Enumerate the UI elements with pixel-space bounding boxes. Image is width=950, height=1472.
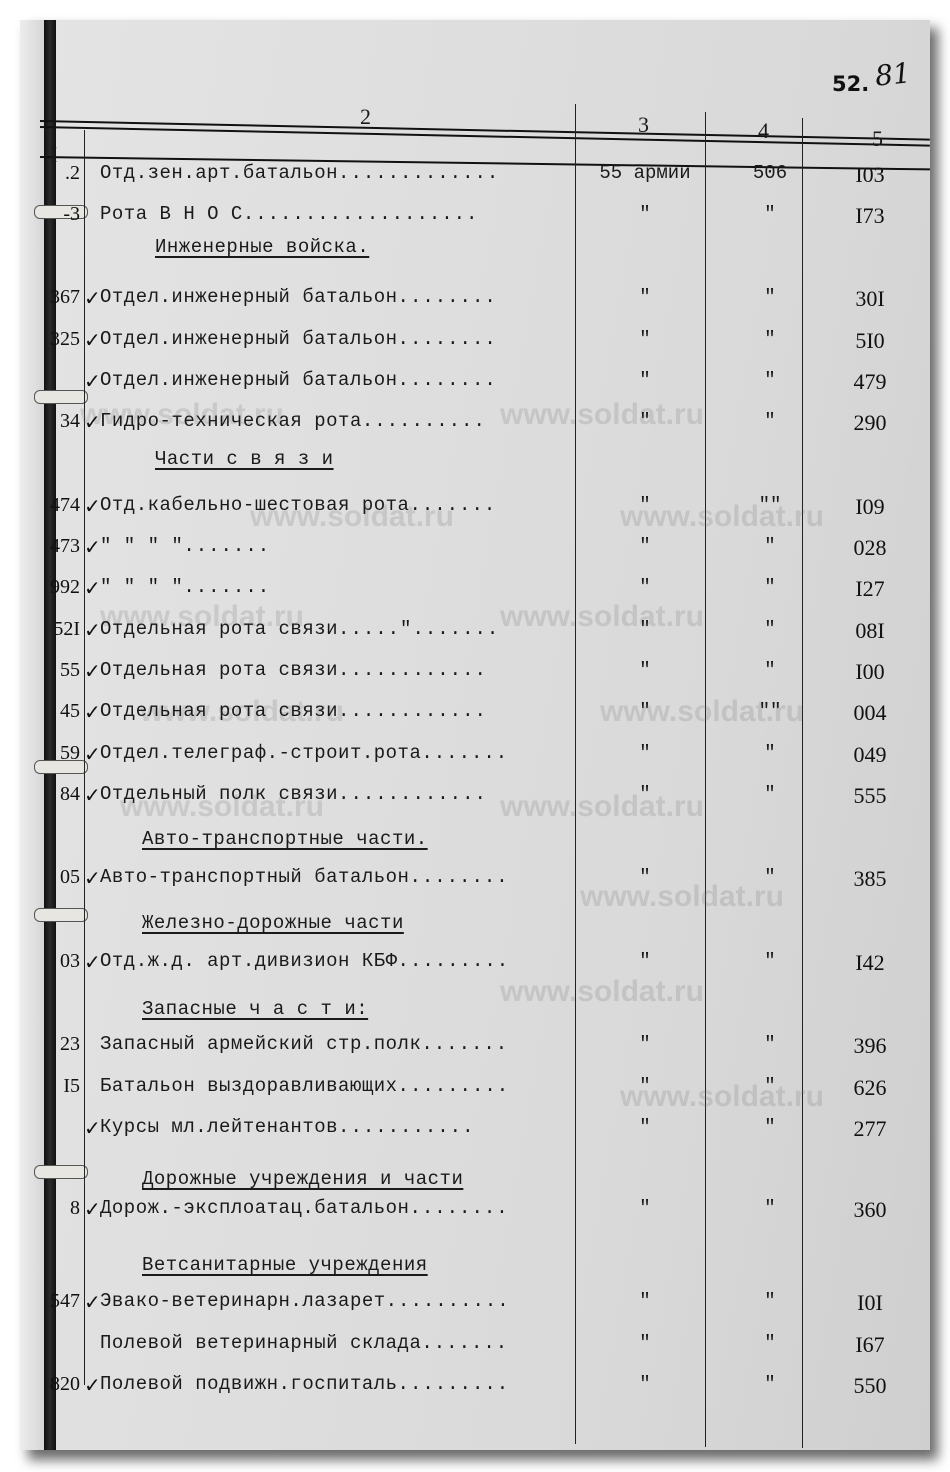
column-4-cell: " bbox=[715, 866, 825, 888]
scanned-document-page: 52. 81 I 2 3 4 5 www.soldat.ru www.solda… bbox=[20, 20, 930, 1450]
unit-number: 55 bbox=[42, 659, 80, 682]
column-4-cell: " bbox=[715, 1075, 825, 1097]
unit-number: 59 bbox=[42, 742, 80, 765]
column-5-cell: I73 bbox=[825, 203, 915, 229]
table-row: 52I✓Отдельная рота связи.....".......""0… bbox=[20, 618, 930, 654]
column-5-cell: 360 bbox=[825, 1197, 915, 1223]
column-header-3: 3 bbox=[638, 112, 649, 138]
table-row: Полевой ветеринарный склада.......""I67 bbox=[20, 1332, 930, 1368]
column-5-cell: 004 bbox=[825, 700, 915, 726]
checkmark-icon: ✓ bbox=[84, 576, 101, 600]
table-row: 8✓Дорож.-эксплоатац.батальон........""36… bbox=[20, 1197, 930, 1233]
column-5-cell: 290 bbox=[825, 410, 915, 436]
column-4-cell: "" bbox=[715, 494, 825, 516]
column-5-cell: 626 bbox=[825, 1075, 915, 1101]
unit-name: Отдельная рота связи............ bbox=[100, 659, 560, 681]
column-4-cell: " bbox=[715, 618, 825, 640]
column-5-cell: I67 bbox=[825, 1332, 915, 1358]
checkmark-icon: ✓ bbox=[84, 783, 101, 807]
army-cell: " bbox=[575, 659, 715, 681]
army-cell: " bbox=[575, 286, 715, 308]
table-row: 473✓ " " " ".......""028 bbox=[20, 535, 930, 571]
unit-name: Курсы мл.лейтенантов........... bbox=[100, 1116, 560, 1138]
column-4-cell: " bbox=[715, 328, 825, 350]
column-4-cell: " bbox=[715, 203, 825, 225]
checkmark-icon: ✓ bbox=[84, 1290, 101, 1314]
column-5-cell: 479 bbox=[825, 369, 915, 395]
unit-number: 8 bbox=[42, 1197, 80, 1220]
section-heading: Железно-дорожные части bbox=[142, 912, 404, 934]
unit-number: 547 bbox=[42, 1290, 80, 1313]
checkmark-icon: ✓ bbox=[84, 410, 101, 434]
unit-name: Отдел.инженерный батальон........ bbox=[100, 328, 560, 350]
army-cell: " bbox=[575, 1332, 715, 1354]
checkmark-icon: ✓ bbox=[84, 1116, 101, 1140]
unit-name: Отдельная рота связи............ bbox=[100, 700, 560, 722]
column-4-cell: " bbox=[715, 576, 825, 598]
army-cell: " bbox=[575, 1197, 715, 1219]
unit-name: Отдел.телеграф.-строит.рота....... bbox=[100, 742, 560, 764]
army-cell: " bbox=[575, 1116, 715, 1138]
column-4-cell: " bbox=[715, 1290, 825, 1312]
column-header-5: 5 bbox=[872, 126, 883, 152]
table-row: -3Рота В Н О С...................""I73 bbox=[20, 203, 930, 239]
checkmark-icon: ✓ bbox=[84, 950, 101, 974]
binder-ring-icon bbox=[34, 908, 88, 922]
column-5-cell: I03 bbox=[825, 162, 915, 188]
table-row: 547✓Эвако-ветеринарн.лазарет..........""… bbox=[20, 1290, 930, 1326]
column-4-cell: " bbox=[715, 535, 825, 557]
section-heading: Части с в я з и bbox=[155, 448, 334, 470]
checkmark-icon: ✓ bbox=[84, 742, 101, 766]
column-4-cell: "" bbox=[715, 700, 825, 722]
unit-name: " " " "....... bbox=[100, 576, 560, 598]
unit-name: Отдел.инженерный батальон........ bbox=[100, 286, 560, 308]
column-4-cell: " bbox=[715, 286, 825, 308]
unit-number: 367 bbox=[42, 286, 80, 309]
column-4-cell: " bbox=[715, 1033, 825, 1055]
unit-name: Авто-транспортный батальон........ bbox=[100, 866, 560, 888]
column-4-cell: " bbox=[715, 659, 825, 681]
unit-number: 473 bbox=[42, 535, 80, 558]
unit-number: 52I bbox=[42, 618, 80, 641]
unit-number: -3 bbox=[42, 203, 80, 226]
column-5-cell: 385 bbox=[825, 866, 915, 892]
army-cell: " bbox=[575, 369, 715, 391]
column-5-cell: 277 bbox=[825, 1116, 915, 1142]
army-cell: " bbox=[575, 783, 715, 805]
column-5-cell: 396 bbox=[825, 1033, 915, 1059]
army-cell: " bbox=[575, 700, 715, 722]
checkmark-icon: ✓ bbox=[84, 1373, 101, 1397]
army-cell: " bbox=[575, 535, 715, 557]
table-row: 820✓Полевой подвижн.госпиталь.........""… bbox=[20, 1373, 930, 1409]
checkmark-icon: ✓ bbox=[84, 286, 101, 310]
unit-number: 325 bbox=[42, 328, 80, 351]
army-cell: " bbox=[575, 410, 715, 432]
unit-number: I5 bbox=[42, 1075, 80, 1098]
column-5-cell: I00 bbox=[825, 659, 915, 685]
unit-number: 992 bbox=[42, 576, 80, 599]
checkmark-icon: ✓ bbox=[84, 1197, 101, 1221]
column-4-cell: " bbox=[715, 1332, 825, 1354]
army-cell: " bbox=[575, 1373, 715, 1395]
column-5-cell: I0I bbox=[825, 1290, 915, 1316]
table-row: .2Отд.зен.арт.батальон.............55 ар… bbox=[20, 162, 930, 198]
unit-name: Эвако-ветеринарн.лазарет.......... bbox=[100, 1290, 560, 1312]
unit-number: 23 bbox=[42, 1033, 80, 1056]
unit-number: 84 bbox=[42, 783, 80, 806]
column-4-cell: 506 bbox=[715, 162, 825, 184]
column-5-cell: I09 bbox=[825, 494, 915, 520]
army-cell: " bbox=[575, 950, 715, 972]
section-heading: Дорожные учреждения и части bbox=[142, 1168, 463, 1190]
column-4-cell: " bbox=[715, 950, 825, 972]
table-row: 474✓Отд.кабельно-шестовая рота......."""… bbox=[20, 494, 930, 530]
army-cell: " bbox=[575, 1290, 715, 1312]
table-row: 03✓Отд.ж.д. арт.дивизион КБФ.........""I… bbox=[20, 950, 930, 986]
column-5-cell: I27 bbox=[825, 576, 915, 602]
checkmark-icon: ✓ bbox=[84, 494, 101, 518]
column-5-cell: 049 bbox=[825, 742, 915, 768]
column-5-cell: 555 bbox=[825, 783, 915, 809]
unit-number: 45 bbox=[42, 700, 80, 723]
unit-number: 474 bbox=[42, 494, 80, 517]
army-cell: " bbox=[575, 576, 715, 598]
column-4-cell: " bbox=[715, 1197, 825, 1219]
table-row: 367✓Отдел.инженерный батальон........""3… bbox=[20, 286, 930, 322]
army-cell: " bbox=[575, 203, 715, 225]
army-cell: 55 армии bbox=[575, 162, 715, 184]
army-cell: " bbox=[575, 742, 715, 764]
table-row: ✓Курсы мл.лейтенантов...........""277 bbox=[20, 1116, 930, 1152]
binder-ring-icon bbox=[34, 1165, 88, 1179]
section-heading: Инженерные войска. bbox=[155, 236, 369, 258]
unit-name: Отдельная рота связи....."....... bbox=[100, 618, 560, 640]
unit-name: Отд.зен.арт.батальон............. bbox=[100, 162, 560, 184]
table-row: 59✓Отдел.телеграф.-строит.рота.......""0… bbox=[20, 742, 930, 778]
table-row: 325✓Отдел.инженерный батальон........""5… bbox=[20, 328, 930, 364]
table-row: I5Батальон выздоравливающих.........""62… bbox=[20, 1075, 930, 1111]
checkmark-icon: ✓ bbox=[84, 369, 101, 393]
unit-name: Дорож.-эксплоатац.батальон........ bbox=[100, 1197, 560, 1219]
unit-number: 05 bbox=[42, 866, 80, 889]
table-row: 05✓Авто-транспортный батальон........""3… bbox=[20, 866, 930, 902]
unit-name: Гидро-техническая рота.......... bbox=[100, 410, 560, 432]
table-row: 84✓Отдельный полк связи............""555 bbox=[20, 783, 930, 819]
unit-name: Рота В Н О С................... bbox=[100, 203, 560, 225]
unit-name: Полевой ветеринарный склада....... bbox=[100, 1332, 560, 1354]
army-cell: " bbox=[575, 866, 715, 888]
column-4-cell: " bbox=[715, 1116, 825, 1138]
unit-name: " " " "....... bbox=[100, 535, 560, 557]
table-row: 992✓ " " " ".......""I27 bbox=[20, 576, 930, 612]
unit-name: Отдел.инженерный батальон........ bbox=[100, 369, 560, 391]
handwritten-page-number: 81 bbox=[873, 56, 912, 93]
column-4-cell: " bbox=[715, 742, 825, 764]
unit-name: Батальон выздоравливающих......... bbox=[100, 1075, 560, 1097]
unit-name: Запасный армейский стр.полк....... bbox=[100, 1033, 560, 1055]
checkmark-icon: ✓ bbox=[84, 535, 101, 559]
table-row: 34✓Гидро-техническая рота..........""290 bbox=[20, 410, 930, 446]
army-cell: " bbox=[575, 328, 715, 350]
table-row: 23Запасный армейский стр.полк.......""39… bbox=[20, 1033, 930, 1069]
army-cell: " bbox=[575, 618, 715, 640]
column-5-cell: 08I bbox=[825, 618, 915, 644]
unit-name: Отд.ж.д. арт.дивизион КБФ......... bbox=[100, 950, 560, 972]
army-cell: " bbox=[575, 494, 715, 516]
column-5-cell: 5I0 bbox=[825, 328, 915, 354]
column-4-cell: " bbox=[715, 410, 825, 432]
column-5-cell: 550 bbox=[825, 1373, 915, 1399]
column-5-cell: 028 bbox=[825, 535, 915, 561]
section-heading: Запасные ч а с т и: bbox=[142, 998, 368, 1020]
unit-name: Отд.кабельно-шестовая рота....... bbox=[100, 494, 560, 516]
column-5-cell: 30I bbox=[825, 286, 915, 312]
column-4-cell: " bbox=[715, 783, 825, 805]
column-header-2: 2 bbox=[360, 104, 371, 130]
unit-name: Полевой подвижн.госпиталь......... bbox=[100, 1373, 560, 1395]
section-heading: Ветсанитарные учреждения bbox=[142, 1254, 428, 1276]
table-row: 45✓Отдельная рота связи............"""00… bbox=[20, 700, 930, 736]
unit-number: 03 bbox=[42, 950, 80, 973]
column-4-cell: " bbox=[715, 1373, 825, 1395]
checkmark-icon: ✓ bbox=[84, 618, 101, 642]
unit-number: 34 bbox=[42, 410, 80, 433]
section-heading: Авто-транспортные части. bbox=[142, 828, 428, 850]
checkmark-icon: ✓ bbox=[84, 659, 101, 683]
column-header-4: 4 bbox=[758, 118, 769, 144]
table-row: 55✓Отдельная рота связи............""I00 bbox=[20, 659, 930, 695]
page-stamp-number: 52. bbox=[832, 72, 869, 96]
unit-name: Отдельный полк связи............ bbox=[100, 783, 560, 805]
checkmark-icon: ✓ bbox=[84, 866, 101, 890]
column-5-cell: I42 bbox=[825, 950, 915, 976]
unit-number: 820 bbox=[42, 1373, 80, 1396]
table-row: ✓Отдел.инженерный батальон........""479 bbox=[20, 369, 930, 405]
checkmark-icon: ✓ bbox=[84, 700, 101, 724]
unit-number: .2 bbox=[42, 162, 80, 185]
column-4-cell: " bbox=[715, 369, 825, 391]
checkmark-icon: ✓ bbox=[84, 328, 101, 352]
army-cell: " bbox=[575, 1075, 715, 1097]
army-cell: " bbox=[575, 1033, 715, 1055]
